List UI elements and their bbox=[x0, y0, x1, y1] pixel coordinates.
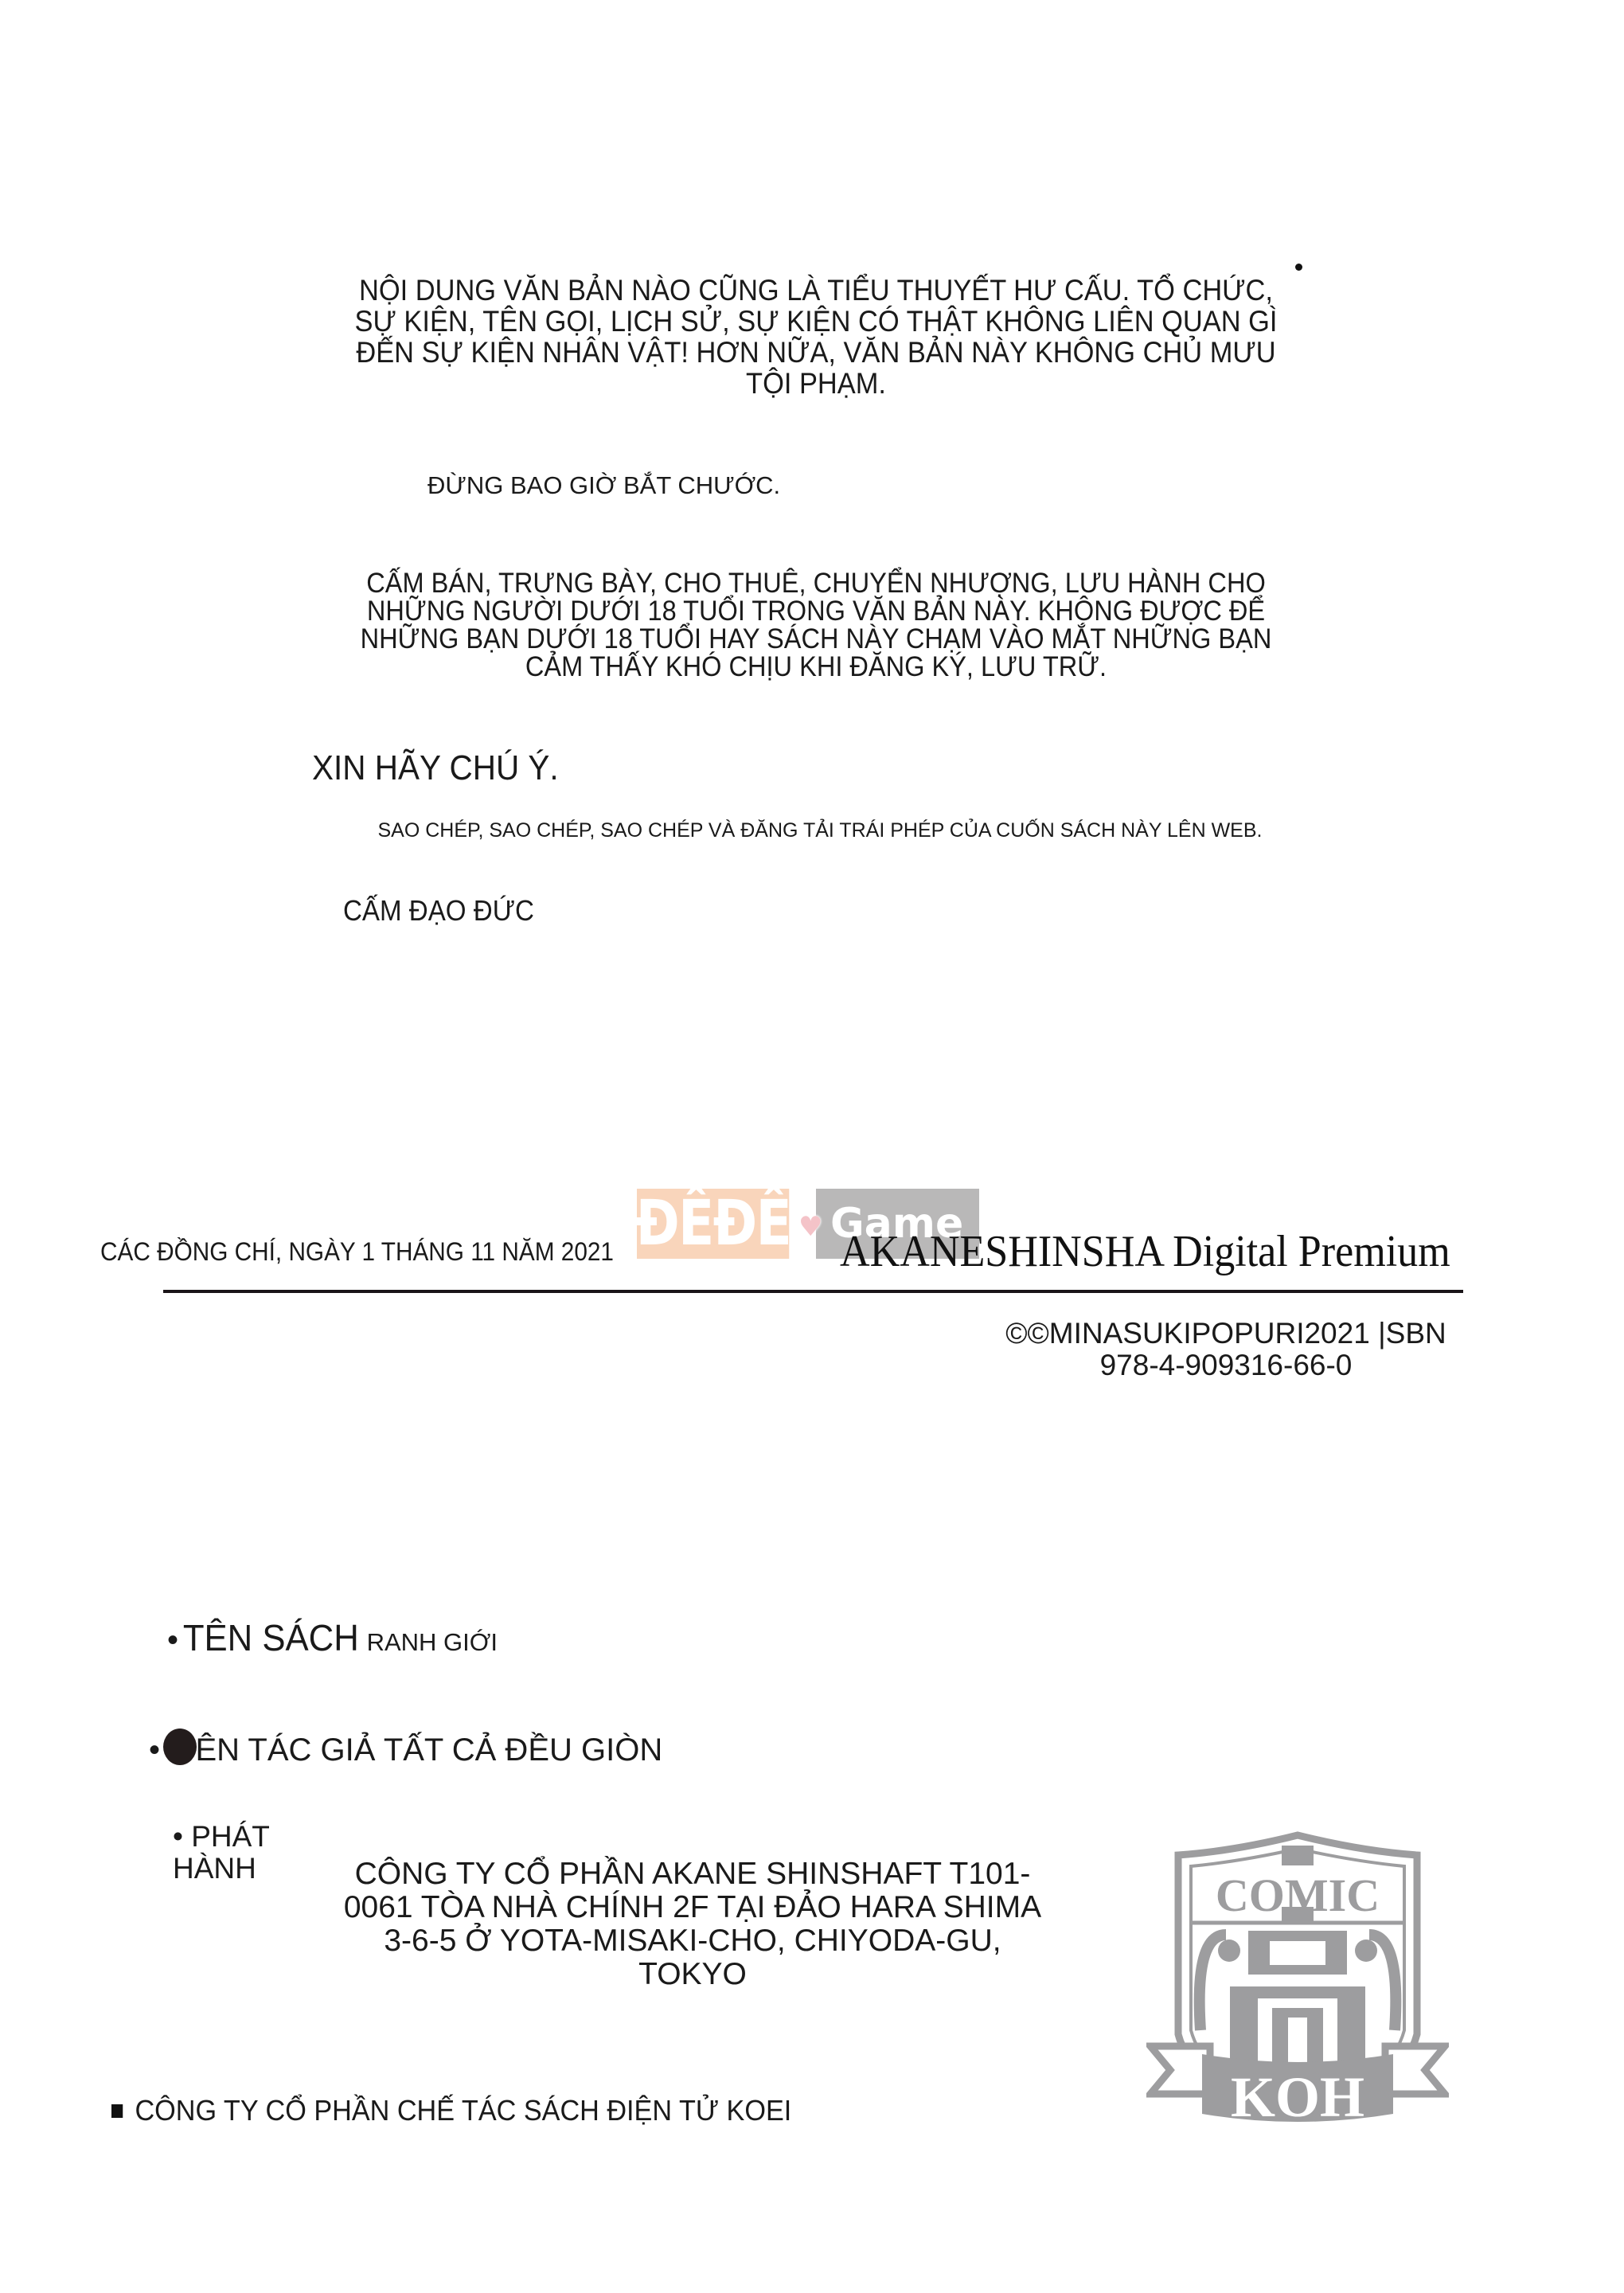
bullet-icon: • bbox=[167, 1623, 178, 1658]
publication-date: CÁC ĐỒNG CHÍ, NGÀY 1 THÁNG 11 NĂM 2021 bbox=[100, 1237, 614, 1267]
age-restriction-notice: CẤM BÁN, TRƯNG BÀY, CHO THUÊ, CHUYỂN NHƯ… bbox=[342, 569, 1290, 681]
publisher-label: • PHÁT HÀNH bbox=[173, 1821, 300, 1885]
heart-icon: ♥ bbox=[798, 1211, 822, 1243]
decorative-dot bbox=[1295, 264, 1302, 271]
copyright-isbn: ©©MINASUKIPOPURI2021 |SBN 978-4-909316-6… bbox=[979, 1318, 1473, 1381]
fiction-disclaimer: NỘI DUNG VĂN BẢN NÀO CŨNG LÀ TIỂU THUYẾT… bbox=[345, 275, 1286, 399]
imprint-divider bbox=[163, 1290, 1463, 1293]
credit-author-row: • TÊN TÁC GIẢ TẤT CẢ ĐỀU GIÒN bbox=[149, 1724, 662, 1768]
copy-prohibition-notice: SAO CHÉP, SAO CHÉP, SAO CHÉP VÀ ĐĂNG TẢI… bbox=[342, 820, 1298, 841]
author-credit: TÊN TÁC GIẢ TẤT CẢ ĐỀU GIÒN bbox=[176, 1732, 662, 1768]
circle-marker-icon bbox=[163, 1729, 197, 1765]
square-bullet-icon bbox=[111, 2104, 123, 2118]
title-value: RANH GIỚI bbox=[367, 1628, 498, 1657]
title-label: TÊN SÁCH bbox=[183, 1616, 359, 1659]
attention-heading: XIN HÃY CHÚ Ý. bbox=[312, 748, 559, 788]
logo-bottom-text: KOH bbox=[1231, 2065, 1364, 2129]
ethics-notice: CẤM ĐẠO ĐỨC bbox=[343, 894, 534, 928]
watermark-left: ĐÊĐÊ bbox=[637, 1189, 789, 1259]
production-credit-row: CÔNG TY CỔ PHẦN CHẾ TÁC SÁCH ĐIỆN TỬ KOE… bbox=[111, 2094, 791, 2127]
credit-title-row: • TÊN SÁCH RANH GIỚI bbox=[167, 1616, 498, 1659]
production-credit: CÔNG TY CỔ PHẦN CHẾ TÁC SÁCH ĐIỆN TỬ KOE… bbox=[135, 2094, 791, 2127]
comic-koh-logo: COMIC KOH bbox=[1146, 1831, 1449, 2138]
imitation-warning: ĐỪNG BAO GIỜ BẮT CHƯỚC. bbox=[427, 471, 780, 500]
bullet-icon: • bbox=[149, 1732, 160, 1768]
imprint-brand: AKANESHINSHA Digital Premium bbox=[840, 1226, 1450, 1277]
publisher-address: CÔNG TY CỔ PHẦN AKANE SHINSHAFT T101-006… bbox=[334, 1857, 1051, 1991]
